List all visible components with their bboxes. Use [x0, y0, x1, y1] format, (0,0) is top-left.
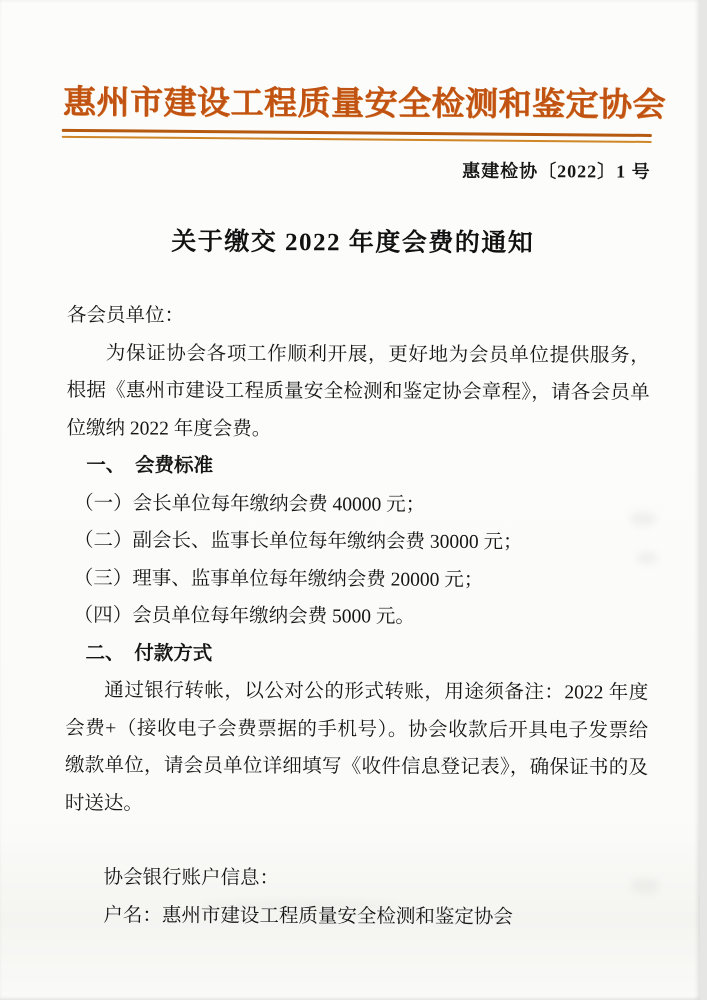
fee-item-2: （二）副会长、监事长单位每年缴纳会费 30000 元；: [74, 522, 649, 562]
fee-item-4: （四）会员单位每年缴纳会费 5000 元。: [74, 597, 649, 637]
bank-info-heading: 协会银行账户信息：: [64, 859, 647, 899]
letterhead-double-rule: [62, 129, 652, 143]
document-title: 关于缴交 2022 年度会费的通知: [0, 221, 706, 260]
payment-paragraph: 通过银行转帐，以公对公的形式转账，用途须备注：2022 年度会费+（接收电子会费…: [65, 672, 649, 825]
letterhead-org-name: 惠州市建设工程质量安全检测和鉴定协会: [56, 76, 673, 126]
fee-item-3: （三）理事、监事单位每年缴纳会费 20000 元；: [74, 560, 649, 600]
document-content: 惠州市建设工程质量安全检测和鉴定协会 惠建检协〔2022〕1 号 关于缴交 20…: [0, 0, 707, 937]
bank-account-name: 户名：惠州市建设工程质量安全检测和鉴定协会: [64, 897, 647, 937]
document-body: 各会员单位： 为保证协会各项工作顺利开展，更好地为会员单位提供服务，根据《惠州市…: [64, 297, 650, 937]
intro-paragraph: 为保证协会各项工作顺利开展，更好地为会员单位提供服务，根据《惠州市建设工程质量安…: [66, 335, 649, 450]
bank-info-block: 协会银行账户信息： 户名：惠州市建设工程质量安全检测和鉴定协会: [64, 859, 647, 937]
section-2-heading: 二、 付款方式: [85, 635, 648, 675]
document-number: 惠建检协〔2022〕1 号: [0, 155, 651, 184]
salutation: 各会员单位：: [67, 297, 650, 337]
fee-item-1: （一）会长单位每年缴纳会费 40000 元；: [74, 485, 649, 525]
section-1-heading: 一、 会费标准: [86, 447, 649, 487]
scanned-page: 惠州市建设工程质量安全检测和鉴定协会 惠建检协〔2022〕1 号 关于缴交 20…: [0, 0, 700, 1000]
